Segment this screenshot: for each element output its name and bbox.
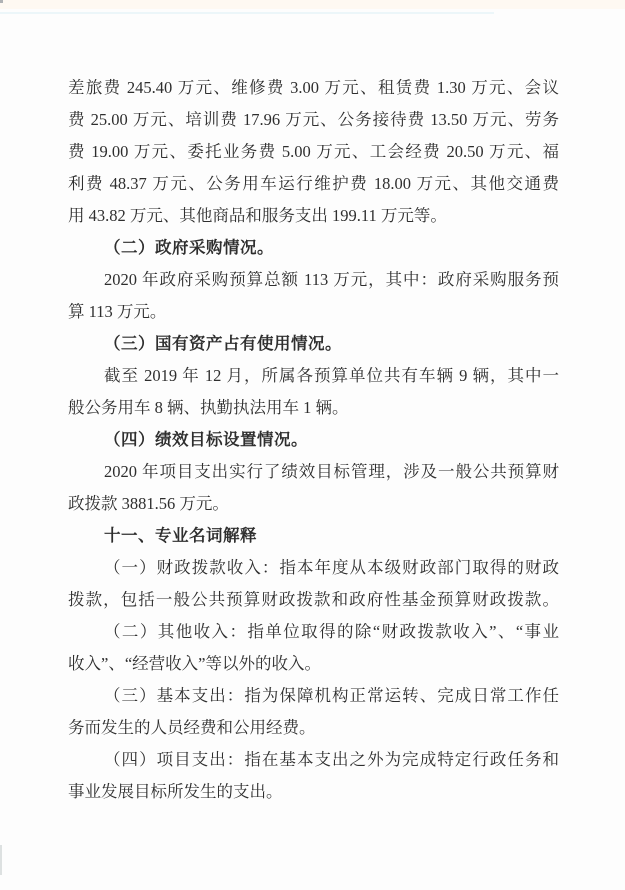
- document-line: （一）财政拨款收入：指本年度从本级财政部门取得的财政: [68, 552, 559, 584]
- section-heading-procurement: （二）政府采购情况。: [68, 232, 559, 264]
- section-heading-state-assets: （三）国有资产占有使用情况。: [68, 328, 559, 360]
- scan-artifact-top-hairline: [0, 12, 494, 14]
- scan-artifact-left-edge: [0, 845, 2, 875]
- document-line: 差旅费 245.40 万元、维修费 3.00 万元、租赁费 1.30 万元、会议: [68, 72, 559, 104]
- document-line: 利费 48.37 万元、公务用车运行维护费 18.00 万元、其他交通费: [68, 168, 559, 200]
- section-heading-glossary: 十一、专业名词解释: [68, 520, 559, 552]
- document-line: 政拨款 3881.56 万元。: [68, 488, 559, 520]
- scan-artifact-corner-dot: [0, 0, 3, 3]
- document-page: 差旅费 245.40 万元、维修费 3.00 万元、租赁费 1.30 万元、会议…: [0, 0, 625, 890]
- document-line: 务而发生的人员经费和公用经费。: [68, 712, 559, 744]
- document-line: 2020 年项目支出实行了绩效目标管理，涉及一般公共预算财: [68, 456, 559, 488]
- document-line: 费 19.00 万元、委托业务费 5.00 万元、工会经费 20.50 万元、福: [68, 136, 559, 168]
- document-line: 拨款，包括一般公共预算财政拨款和政府性基金预算财政拨款。: [68, 584, 559, 616]
- document-line: 般公务用车 8 辆、执勤执法用车 1 辆。: [68, 392, 559, 424]
- document-line: 用 43.82 万元、其他商品和服务支出 199.11 万元等。: [68, 200, 559, 232]
- section-heading-performance: （四）绩效目标设置情况。: [68, 424, 559, 456]
- document-line: 2020 年政府采购预算总额 113 万元，其中：政府采购服务预: [68, 264, 559, 296]
- document-line: （二）其他收入：指单位取得的除“财政拨款收入”、“事业: [68, 616, 559, 648]
- document-line: 截至 2019 年 12 月，所属各预算单位共有车辆 9 辆，其中一: [68, 360, 559, 392]
- scan-artifact-top-band: [0, 0, 625, 9]
- document-line: （四）项目支出：指在基本支出之外为完成特定行政任务和: [68, 744, 559, 776]
- document-line: 算 113 万元。: [68, 296, 559, 328]
- document-line: 费 25.00 万元、培训费 17.96 万元、公务接待费 13.50 万元、劳…: [68, 104, 559, 136]
- document-line: 收入”、“经营收入”等以外的收入。: [68, 648, 559, 680]
- document-line: （三）基本支出：指为保障机构正常运转、完成日常工作任: [68, 680, 559, 712]
- document-line: 事业发展目标所发生的支出。: [68, 776, 559, 808]
- text-block: 差旅费 245.40 万元、维修费 3.00 万元、租赁费 1.30 万元、会议…: [68, 72, 559, 808]
